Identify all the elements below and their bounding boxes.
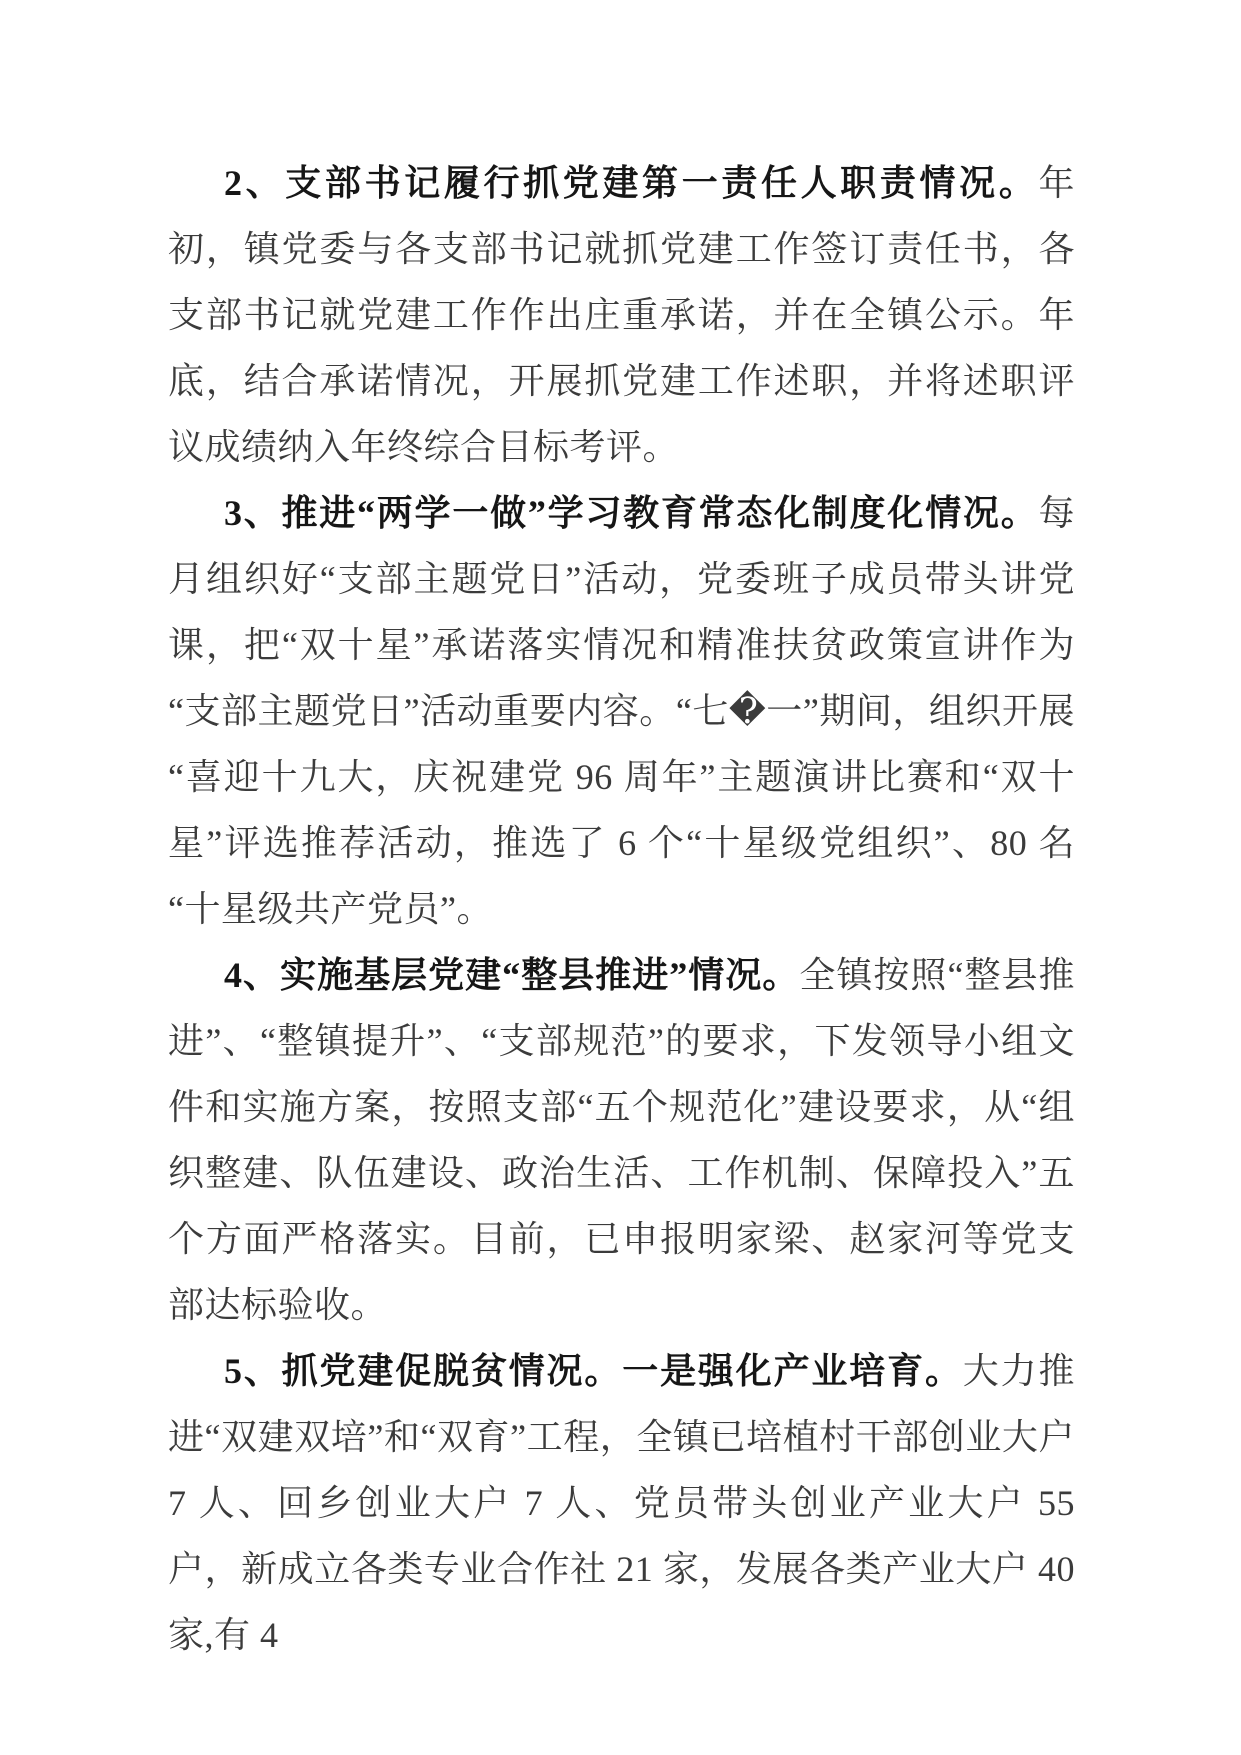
paragraph-5: 5、抓党建促脱贫情况。一是强化产业培育。大力推进“双建双培”和“双育”工程，全镇… (168, 1338, 1075, 1668)
paragraph-2-body: 年初，镇党委与各支部书记就抓党建工作签订责任书，各支部书记就党建工作作出庄重承诺… (168, 163, 1075, 467)
paragraph-3-heading: 3、推进“两学一做”学习教育常态化制度化情况。 (224, 493, 1038, 533)
document-content: 2、支部书记履行抓党建第一责任人职责情况。年初，镇党委与各支部书记就抓党建工作签… (168, 150, 1075, 1668)
paragraph-4-heading: 4、实施基层党建“整县推进”情况。 (224, 955, 799, 995)
paragraph-2: 2、支部书记履行抓党建第一责任人职责情况。年初，镇党委与各支部书记就抓党建工作签… (168, 150, 1075, 480)
paragraph-4: 4、实施基层党建“整县推进”情况。全镇按照“整县推进”、“整镇提升”、“支部规范… (168, 942, 1075, 1338)
paragraph-5-heading: 5、抓党建促脱贫情况。一是强化产业培育。 (224, 1351, 963, 1391)
paragraph-4-body: 全镇按照“整县推进”、“整镇提升”、“支部规范”的要求，下发领导小组文件和实施方… (168, 955, 1075, 1325)
paragraph-3: 3、推进“两学一做”学习教育常态化制度化情况。每月组织好“支部主题党日”活动，党… (168, 480, 1075, 942)
document-page: 2、支部书记履行抓党建第一责任人职责情况。年初，镇党委与各支部书记就抓党建工作签… (0, 0, 1241, 1755)
paragraph-2-heading: 2、支部书记履行抓党建第一责任人职责情况。 (224, 163, 1038, 203)
paragraph-3-body: 每月组织好“支部主题党日”活动，党委班子成员带头讲党课，把“双十星”承诺落实情况… (168, 493, 1075, 929)
paragraph-5-body: 大力推进“双建双培”和“双育”工程，全镇已培植村干部创业大户 7 人、回乡创业大… (168, 1351, 1075, 1655)
